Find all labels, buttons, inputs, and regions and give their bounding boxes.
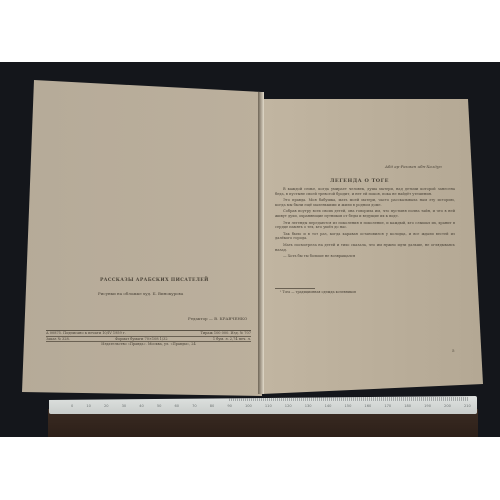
ruler-label: 30 [122, 404, 127, 408]
book-spine [258, 92, 264, 394]
chapter-heading: ЛЕГЕНДА О ТОГЕ [330, 179, 389, 184]
paragraph: В каждой семье, когда умирает человек, д… [275, 187, 455, 196]
epigraph: Абд ар-Рахман ибн-Халдун [385, 164, 442, 169]
ruler-label: 80 [210, 404, 215, 408]
paragraph: Это правда. Моя бабушка, мать моей матер… [275, 198, 455, 207]
body-text: В каждой семье, когда умирает человек, д… [275, 187, 455, 261]
ruler-label: 60 [174, 404, 179, 408]
ruler-label: 120 [285, 404, 292, 408]
paragraph: Собрав поутру всех своих детей, она гово… [275, 209, 455, 218]
ruler-label: 210 [464, 404, 471, 408]
ruler-label: 50 [157, 404, 162, 408]
ruler-label: 130 [305, 404, 312, 408]
ruler-label: 190 [424, 404, 431, 408]
ruler-ticks [229, 397, 469, 401]
ruler-label: 90 [227, 404, 232, 408]
footnote: ¹ Тога — традиционная одежда кочевников [280, 290, 356, 295]
ruler-label: 200 [444, 404, 451, 408]
imprint-block: А 00875. Подписано к печати 10/IV 1959 г… [46, 330, 251, 347]
footnote-divider [275, 288, 315, 289]
imprint-text: А 00875. Подписано к печати 10/IV 1959 г… [46, 331, 126, 336]
paragraph: Эти легенды передаются из поколения в по… [275, 221, 455, 230]
imprint-text: Тираж 100 000. Изд. № 707 [201, 331, 251, 336]
paragraph: — Хоть бы ты больше не возвращался [275, 254, 455, 259]
ruler-label: 180 [404, 404, 411, 408]
imprint-text: Заказ № 328. [46, 337, 70, 342]
dark-background: РАССКАЗЫ АРАБСКИХ ПИСАТЕЛЕЙ Рисунки на о… [0, 62, 500, 437]
ruler-label: 20 [104, 404, 109, 408]
ruler-label: 70 [192, 404, 197, 408]
book-title: РАССКАЗЫ АРАБСКИХ ПИСАТЕЛЕЙ [100, 278, 209, 283]
ruler-label: 40 [139, 404, 144, 408]
imprint-text: 1 бум. л. 2,74 печ. л. [213, 337, 251, 342]
paragraph: Мать посмотрела на детей и тихо сказала,… [275, 243, 455, 252]
ruler: 0 10 20 30 40 50 60 70 80 90 100 110 120… [49, 396, 477, 414]
imprint-text: Формат бумаги 70×108 1/32 [115, 337, 167, 342]
editor-credit: Редактор — В. КРАВЧЕНКО [188, 316, 247, 321]
imprint-text: Издательство «Правда». Москва, ул. «Прав… [46, 342, 251, 347]
paragraph: Так было и в тот раз, когда караван оста… [275, 232, 455, 241]
ruler-label: 0 [71, 404, 73, 408]
ruler-label: 100 [245, 404, 252, 408]
ruler-label: 140 [325, 404, 332, 408]
ruler-label: 110 [265, 404, 272, 408]
ruler-label: 170 [384, 404, 391, 408]
ruler-labels: 0 10 20 30 40 50 60 70 80 90 100 110 120… [71, 404, 471, 408]
ruler-label: 150 [345, 404, 352, 408]
page-number: 5 [452, 348, 455, 353]
illustrator-credit: Рисунки на обложке худ. Б. Винокурова [98, 291, 183, 296]
ruler-label: 10 [86, 404, 91, 408]
ruler-label: 160 [364, 404, 371, 408]
